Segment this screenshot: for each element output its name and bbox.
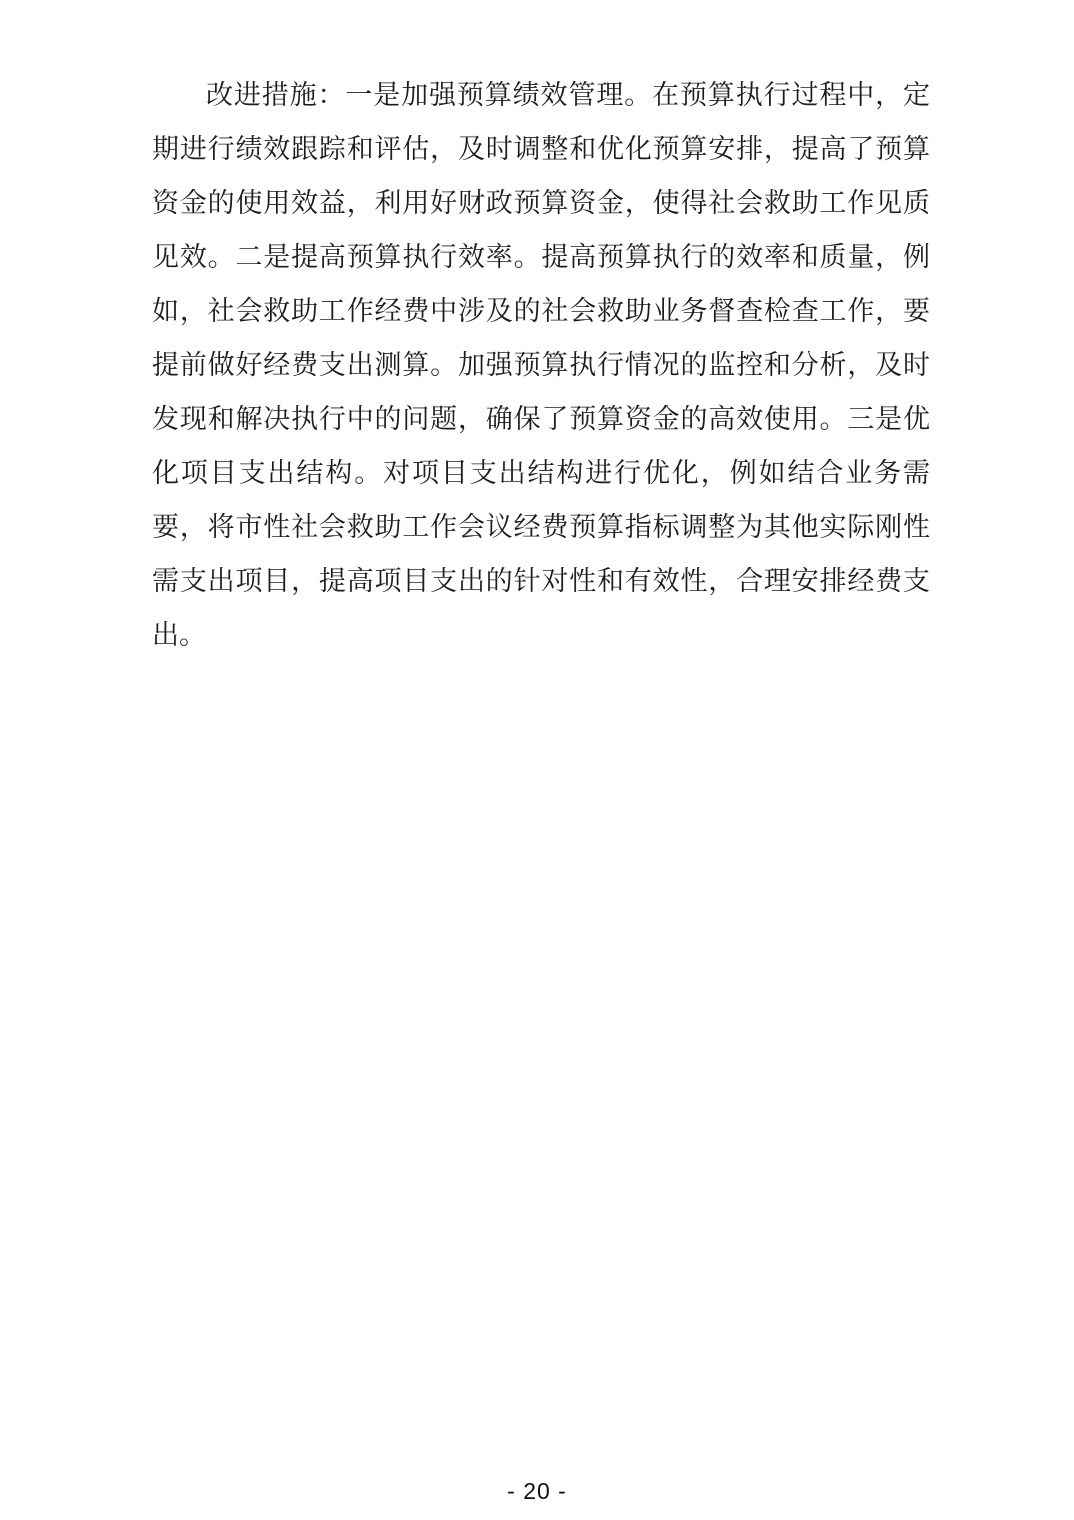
page-number: - 20 - (507, 1478, 567, 1504)
paragraph-line: 改进措施：一是加强预算绩效管理。在预算执行过程中，定 (152, 68, 930, 122)
paragraph-line: 需支出项目，提高项目支出的针对性和有效性，合理安排经费支 (152, 554, 930, 608)
body-text: 改进措施：一是加强预算绩效管理。在预算执行过程中，定 期进行绩效跟踪和评估，及时… (152, 68, 930, 662)
paragraph-line: 要，将市性社会救助工作会议经费预算指标调整为其他实际刚性 (152, 500, 930, 554)
paragraph-line: 如，社会救助工作经费中涉及的社会救助业务督查检查工作，要 (152, 284, 930, 338)
document-page: 改进措施：一是加强预算绩效管理。在预算执行过程中，定 期进行绩效跟踪和评估，及时… (0, 0, 1074, 1520)
paragraph-line: 提前做好经费支出测算。加强预算执行情况的监控和分析，及时 (152, 338, 930, 392)
paragraph-line: 见效。二是提高预算执行效率。提高预算执行的效率和质量，例 (152, 230, 930, 284)
paragraph-line: 发现和解决执行中的问题，确保了预算资金的高效使用。三是优 (152, 392, 930, 446)
page-footer: - 20 - (0, 1480, 1074, 1504)
paragraph-line: 出。 (152, 608, 930, 662)
paragraph-line: 期进行绩效跟踪和评估，及时调整和优化预算安排，提高了预算 (152, 122, 930, 176)
paragraph-line: 资金的使用效益，利用好财政预算资金，使得社会救助工作见质 (152, 176, 930, 230)
paragraph-line: 化项目支出结构。对项目支出结构进行优化，例如结合业务需 (152, 446, 930, 500)
